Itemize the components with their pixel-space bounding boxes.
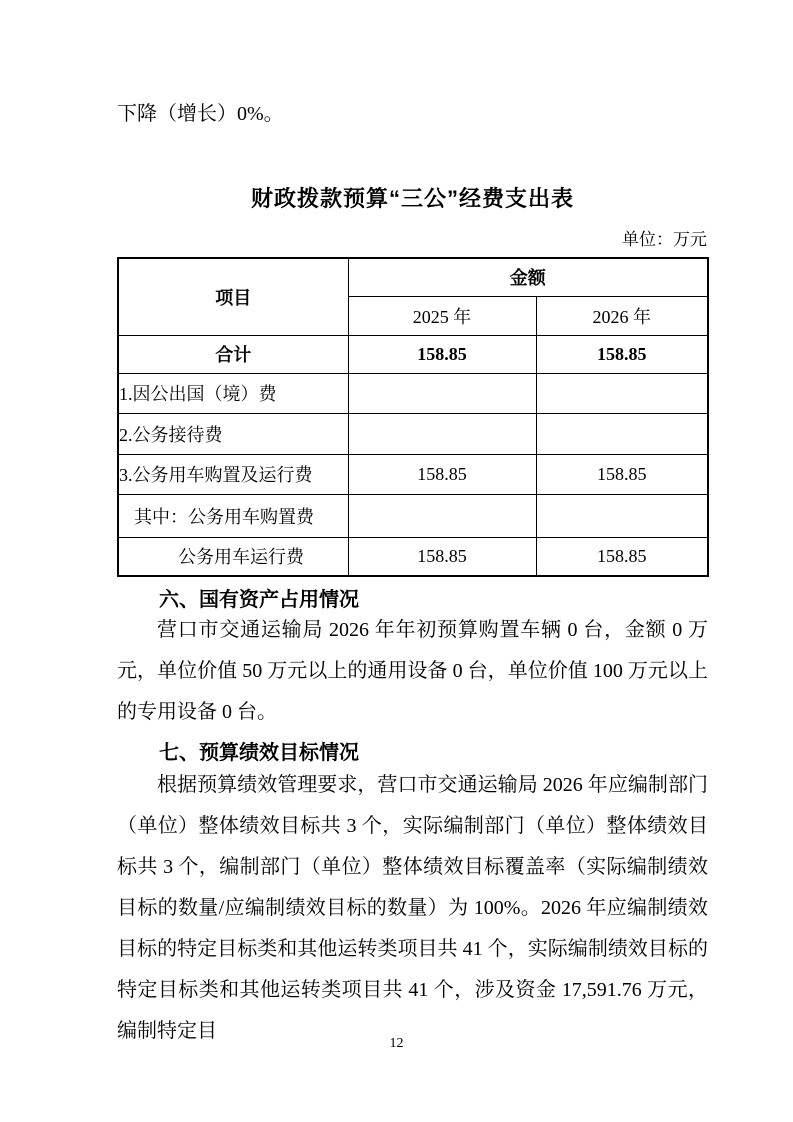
row-label: 2.公务接待费 xyxy=(118,413,348,454)
page-number: 12 xyxy=(0,1036,793,1052)
table-row-vehicle-operation: 公务用车运行费 158.85 158.85 xyxy=(118,537,708,576)
sangong-expense-table: 项目 金额 2025 年 2026 年 合计 158.85 158.85 1.因… xyxy=(117,257,709,577)
table-row-vehicle-purchase: 其中：公务用车购置费 xyxy=(118,494,708,537)
cell-2026-value xyxy=(536,413,708,454)
cell-2025-value: 158.85 xyxy=(348,335,536,373)
cell-2025-value xyxy=(348,494,536,537)
cell-2025-value xyxy=(348,413,536,454)
row-label: 3.公务用车购置及运行费 xyxy=(118,454,348,494)
row-label: 1.因公出国（境）费 xyxy=(118,373,348,413)
table-header-row-1: 项目 金额 xyxy=(118,258,708,296)
cell-2026-value xyxy=(536,494,708,537)
section-7-paragraph: 根据预算绩效管理要求，营口市交通运输局 2026 年应编制部门（单位）整体绩效目… xyxy=(117,765,708,1052)
carryover-paragraph: 下降（增长）0%。 xyxy=(117,94,708,135)
col-header-year-2026: 2026 年 xyxy=(536,296,708,335)
row-label: 合计 xyxy=(118,335,348,373)
table-row-reception-fee: 2.公务接待费 xyxy=(118,413,708,454)
document-page: 下降（增长）0%。 财政拨款预算“三公”经费支出表 单位：万元 项目 金额 20… xyxy=(0,0,793,1122)
table-row-total: 合计 158.85 158.85 xyxy=(118,335,708,373)
table-row-vehicle-purchase-and-operation: 3.公务用车购置及运行费 158.85 158.85 xyxy=(118,454,708,494)
cell-2025-value xyxy=(348,373,536,413)
table-row-abroad-fee: 1.因公出国（境）费 xyxy=(118,373,708,413)
col-header-year-2025: 2025 年 xyxy=(348,296,536,335)
row-label: 其中：公务用车购置费 xyxy=(118,494,348,537)
unit-label: 单位：万元 xyxy=(117,230,707,250)
col-header-item: 项目 xyxy=(118,258,348,335)
cell-2026-value: 158.85 xyxy=(536,335,708,373)
row-label: 公务用车运行费 xyxy=(118,537,348,576)
section-6-paragraph: 营口市交通运输局 2026 年年初预算购置车辆 0 台，金额 0 万元，单位价值… xyxy=(117,610,708,733)
section-7-heading: 七、预算绩效目标情况 xyxy=(117,739,708,767)
table-title: 财政拨款预算“三公”经费支出表 xyxy=(117,184,708,214)
cell-2025-value: 158.85 xyxy=(348,537,536,576)
cell-2026-value xyxy=(536,373,708,413)
cell-2025-value: 158.85 xyxy=(348,454,536,494)
cell-2026-value: 158.85 xyxy=(536,537,708,576)
cell-2026-value: 158.85 xyxy=(536,454,708,494)
col-header-amount: 金额 xyxy=(348,258,708,296)
